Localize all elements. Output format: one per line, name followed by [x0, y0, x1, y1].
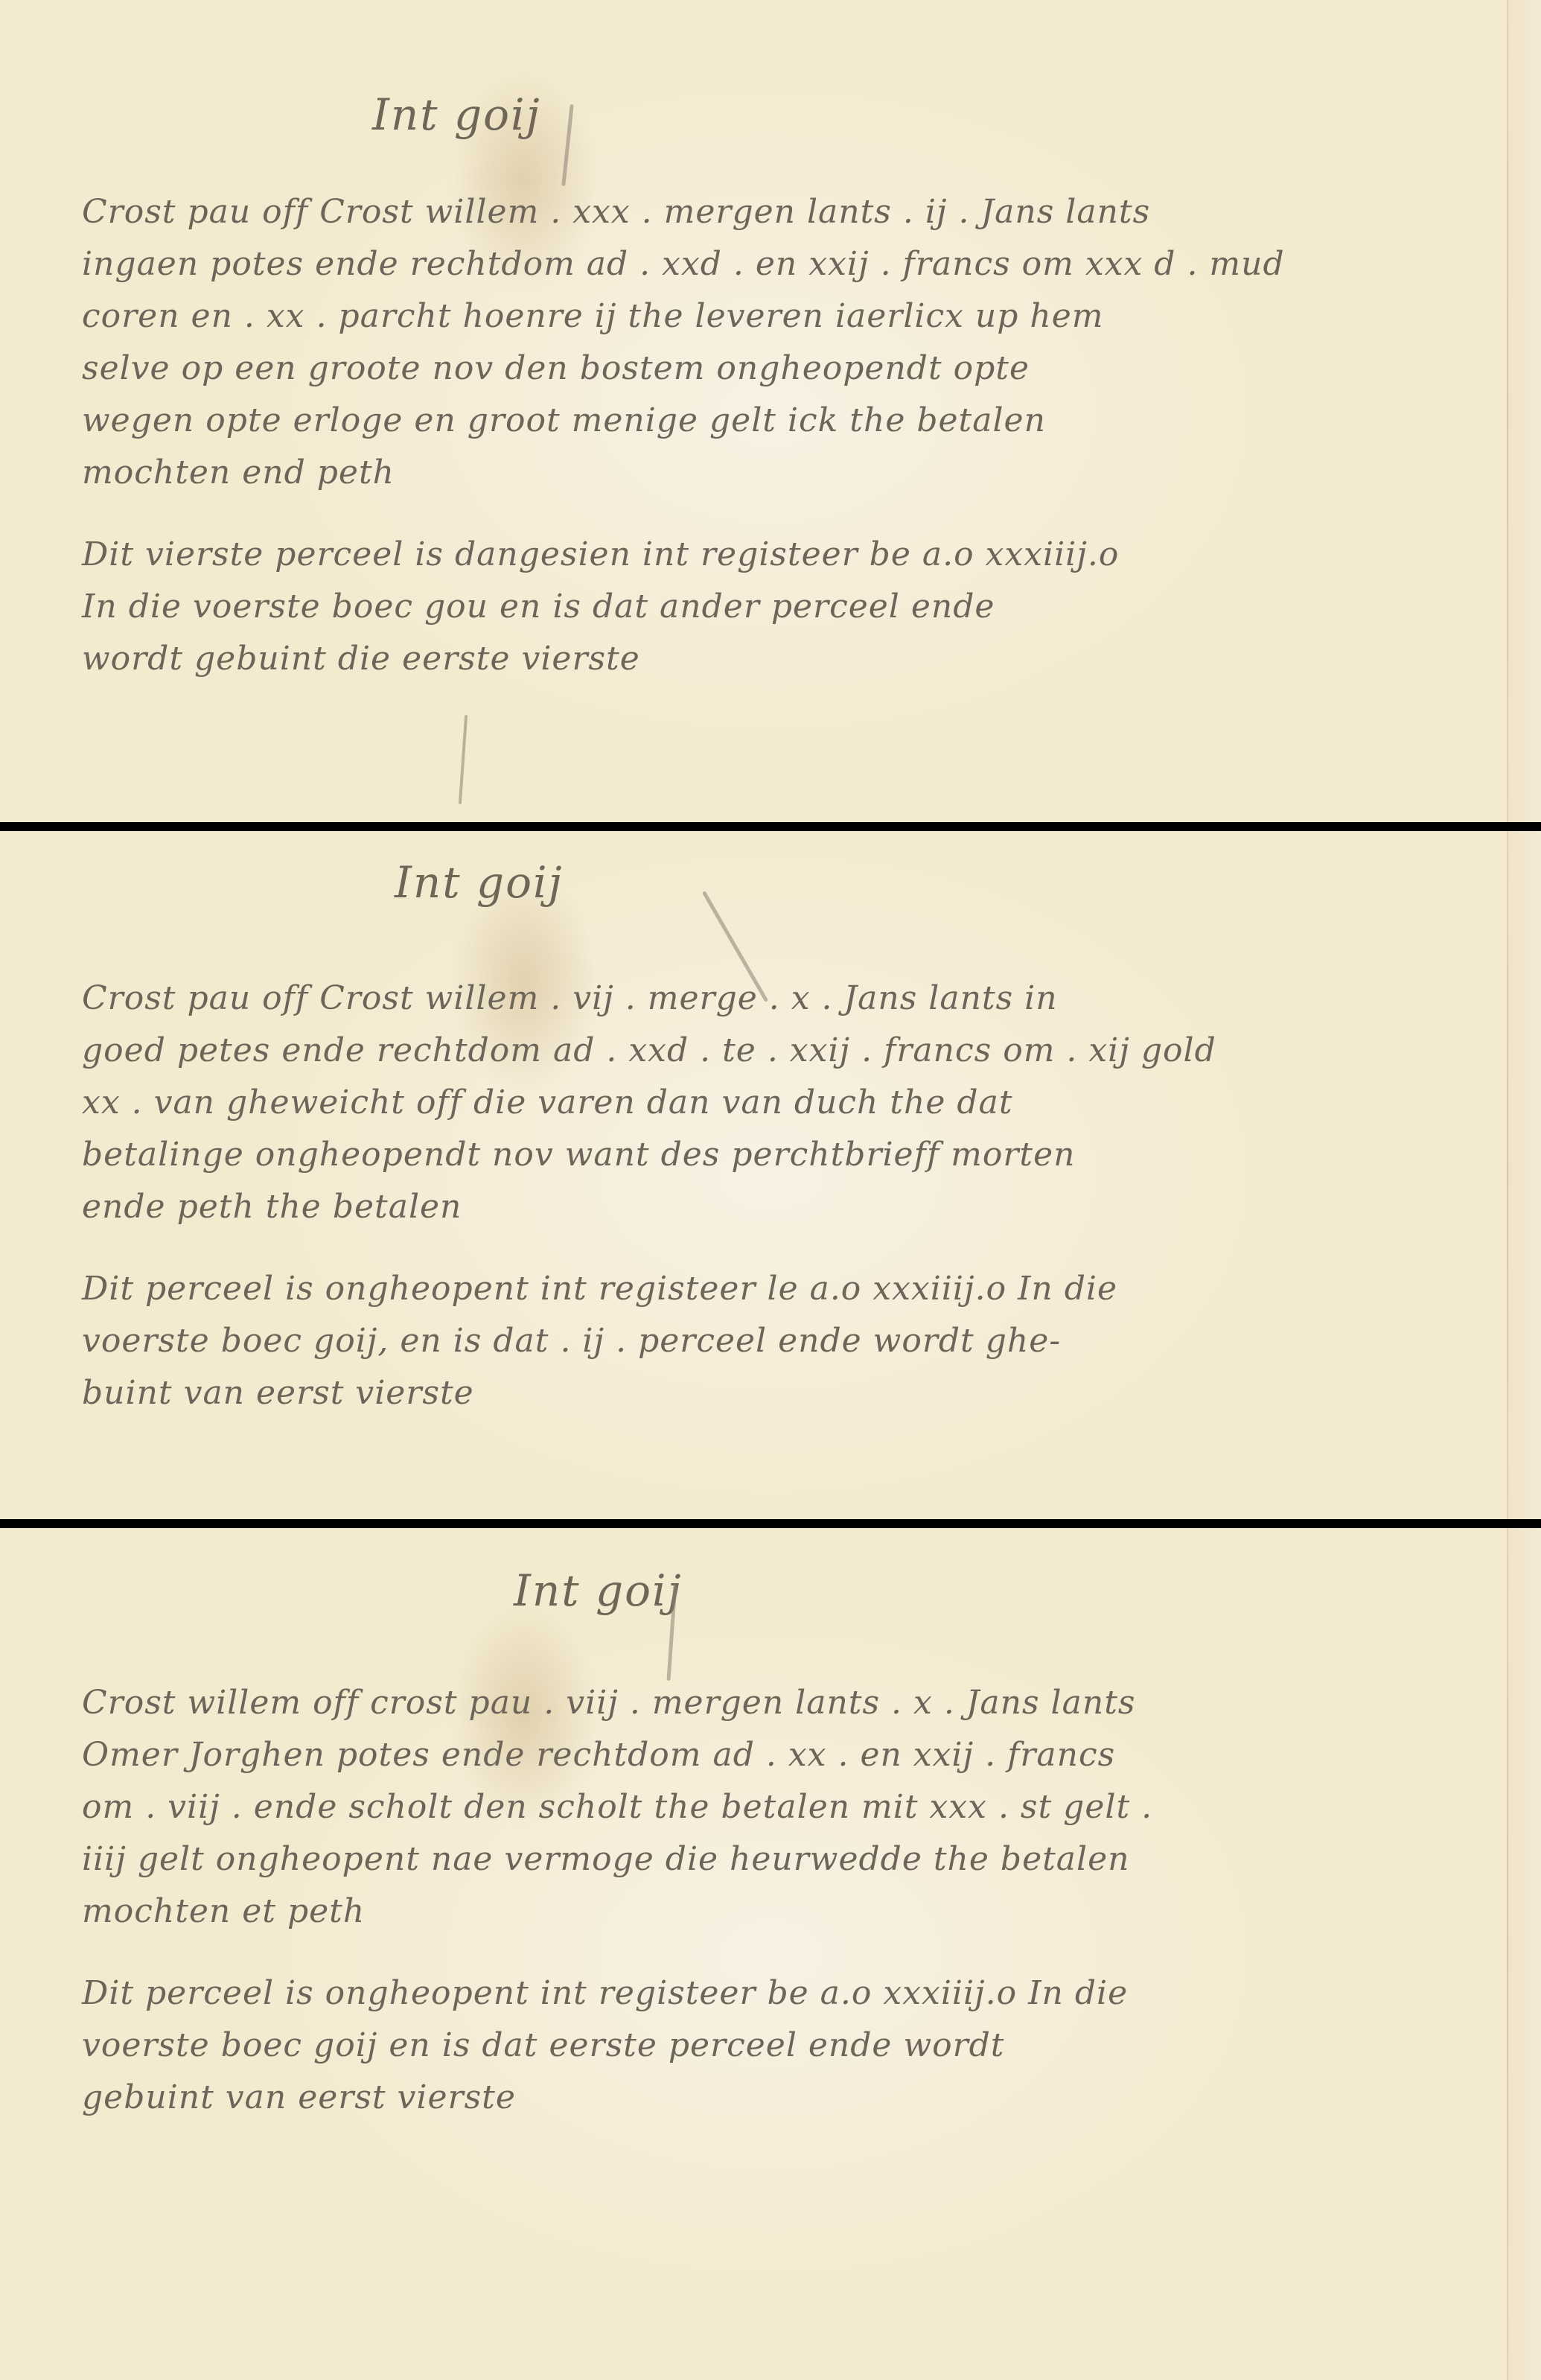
note-line: Dit vierste perceel is dangesien int reg…: [82, 529, 1452, 581]
manuscript-panel-2: Int goij Crost pau off Crost willem . vi…: [0, 831, 1541, 1519]
entry-line: Omer Jorghen potes ende rechtdom ad . xx…: [82, 1729, 1452, 1781]
note-line: Dit perceel is ongheopent int registeer …: [82, 1263, 1452, 1315]
note-line: wordt gebuint die eerste vierste: [82, 633, 1452, 685]
note-line: Dit perceel is ongheopent int registeer …: [82, 1967, 1452, 2020]
note-line: voerste boec goij, en is dat . ij . perc…: [82, 1315, 1452, 1367]
manuscript-panel-1: Int goij Crost pau off Crost willem . xx…: [0, 0, 1541, 822]
entry-line: ende peth the betalen: [82, 1181, 1452, 1233]
note-line: In die voerste boec gou en is dat ander …: [82, 581, 1452, 633]
entry-line: mochten et peth: [82, 1886, 1452, 1938]
entry-text: Crost willem off crost pau . viij . merg…: [82, 1677, 1452, 2124]
entry-line: om . viij . ende scholt den scholt the b…: [82, 1781, 1452, 1833]
entry-line: coren en . xx . parcht hoenre ij the lev…: [82, 290, 1452, 343]
page-edge: [1508, 1528, 1541, 2380]
page-edge: [1508, 831, 1541, 1519]
panel-separator: [0, 822, 1541, 831]
entry-line: xx . van gheweicht off die varen dan van…: [82, 1077, 1452, 1129]
note-line: gebuint van eerst vierste: [82, 2072, 1452, 2124]
entry-line: betalinge ongheopendt nov want des perch…: [82, 1129, 1452, 1181]
note-line: buint van eerst vierste: [82, 1367, 1452, 1419]
margin-note: Dit perceel is ongheopent int registeer …: [82, 1967, 1452, 2124]
entry-line: iiij gelt ongheopent nae vermoge die heu…: [82, 1833, 1452, 1886]
entry-text: Crost pau off Crost willem . xxx . merge…: [82, 186, 1452, 685]
pen-flourish: [459, 715, 468, 804]
margin-note: Dit perceel is ongheopent int registeer …: [82, 1263, 1452, 1419]
note-line: voerste boec goij en is dat eerste perce…: [82, 2020, 1452, 2072]
manuscript-panel-3: Int goij Crost willem off crost pau . vi…: [0, 1528, 1541, 2380]
entry-line: mochten end peth: [82, 447, 1452, 499]
entry-line: wegen opte erloge en groot menige gelt i…: [82, 395, 1452, 447]
entry-line: Crost willem off crost pau . viij . merg…: [82, 1677, 1452, 1729]
page-edge: [1508, 0, 1541, 822]
entry-line: Crost pau off Crost willem . xxx . merge…: [82, 186, 1452, 238]
entry-heading: Int goij: [514, 1565, 683, 1616]
entry-heading: Int goij: [395, 857, 564, 908]
entry-line: selve op een groote nov den bostem onghe…: [82, 343, 1452, 395]
entry-line: ingaen potes ende rechtdom ad . xxd . en…: [82, 238, 1452, 290]
entry-line: goed petes ende rechtdom ad . xxd . te .…: [82, 1025, 1452, 1077]
entry-heading: Int goij: [372, 89, 541, 140]
panel-separator: [0, 1519, 1541, 1528]
pen-flourish: [561, 104, 573, 186]
entry-text: Crost pau off Crost willem . vij . merge…: [82, 973, 1452, 1419]
margin-note: Dit vierste perceel is dangesien int reg…: [82, 529, 1452, 685]
